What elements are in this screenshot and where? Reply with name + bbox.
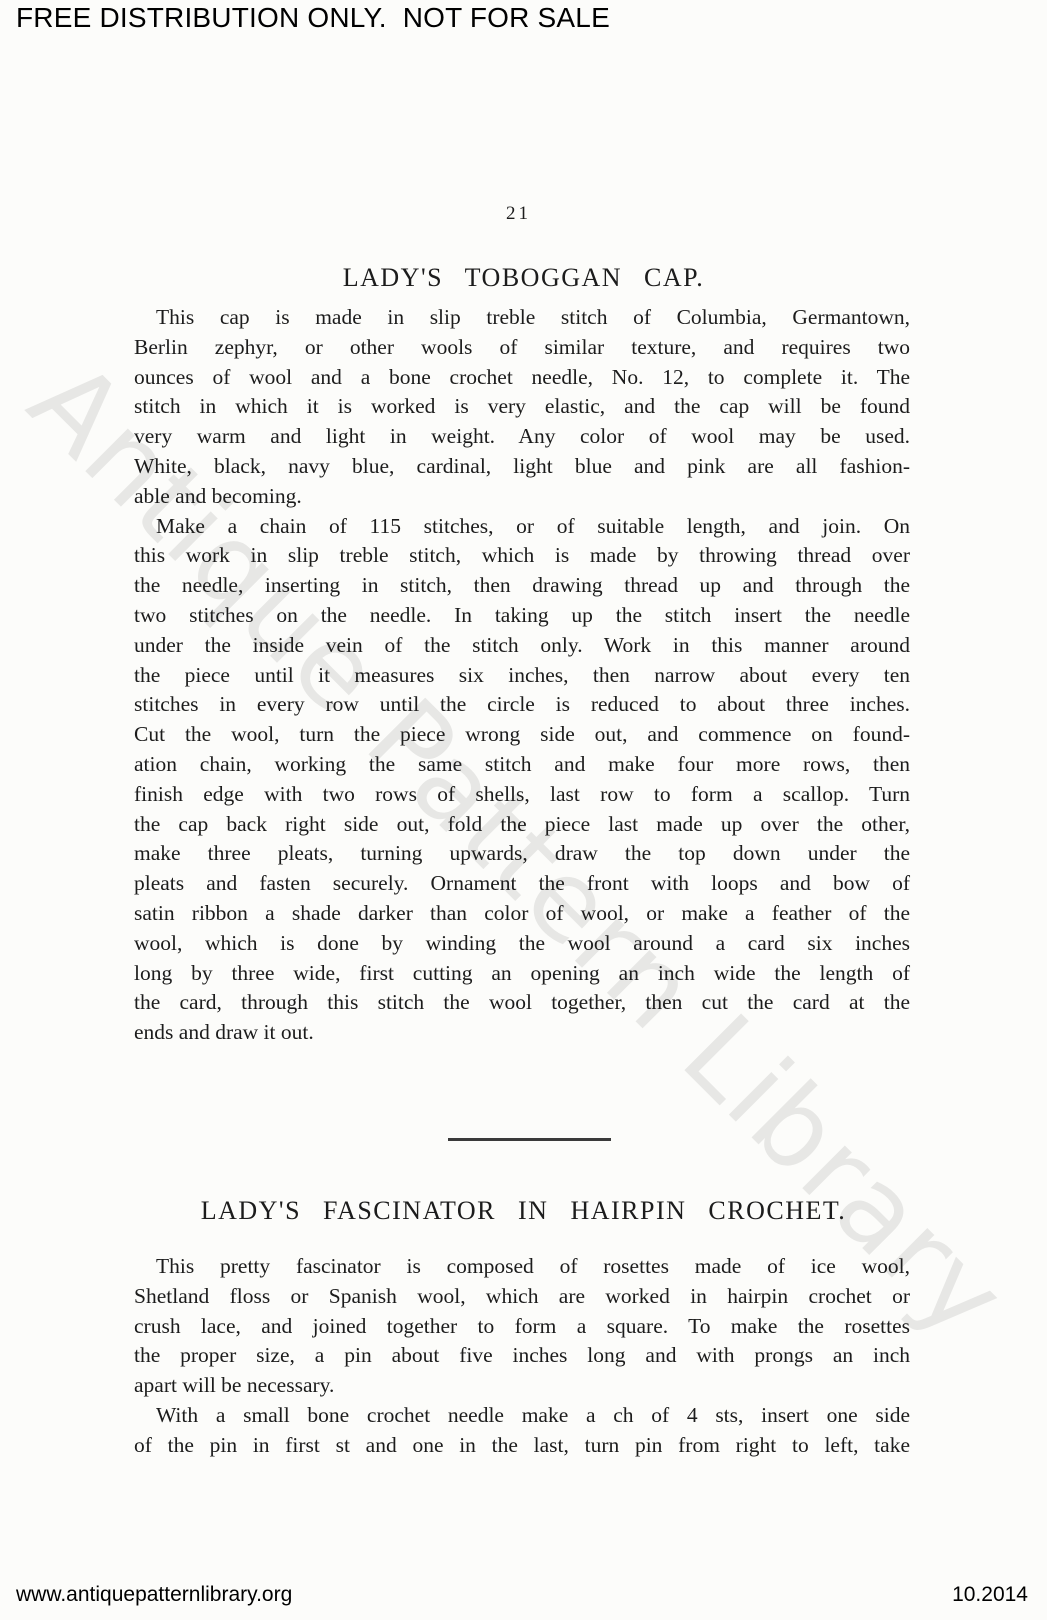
- text-line: satin ribbon a shade darker than color o…: [134, 899, 910, 929]
- text-line: White, black, navy blue, cardinal, light…: [134, 452, 910, 482]
- section-divider-rule: [448, 1138, 611, 1141]
- paragraph: Make a chain of 115 stitches, or of suit…: [134, 512, 910, 1048]
- text-line: This cap is made in slip treble stitch o…: [134, 303, 910, 333]
- text-line: the proper size, a pin about five inches…: [134, 1341, 910, 1371]
- text-line: the piece until it measures six inches, …: [134, 661, 910, 691]
- text-line: Berlin zephyr, or other wools of similar…: [134, 333, 910, 363]
- text-line: very warm and light in weight. Any color…: [134, 422, 910, 452]
- text-line: ation chain, working the same stitch and…: [134, 750, 910, 780]
- text-line: finish edge with two rows of shells, las…: [134, 780, 910, 810]
- paragraph: With a small bone crochet needle make a …: [134, 1401, 910, 1461]
- text-line: apart will be necessary.: [134, 1371, 910, 1401]
- text-line: pleats and fasten securely. Ornament the…: [134, 869, 910, 899]
- text-line: Shetland floss or Spanish wool, which ar…: [134, 1282, 910, 1312]
- text-line: of the pin in first st and one in the la…: [134, 1431, 910, 1461]
- section-heading-fascinator: LADY'S FASCINATOR IN HAIRPIN CROCHET.: [0, 1196, 1047, 1226]
- footer-date: 10.2014: [952, 1583, 1028, 1607]
- text-line: the cap back right side out, fold the pi…: [134, 810, 910, 840]
- page-content: FREE DISTRIBUTION ONLY. NOT FOR SALE 21 …: [0, 0, 1047, 1620]
- footer-site-url: www.antiquepatternlibrary.org: [16, 1583, 292, 1607]
- section-body-fascinator: This pretty fascinator is composed of ro…: [134, 1252, 910, 1461]
- paragraph: This cap is made in slip treble stitch o…: [134, 303, 910, 512]
- section-body-toboggan-cap: This cap is made in slip treble stitch o…: [134, 303, 910, 1048]
- paragraph: This pretty fascinator is composed of ro…: [134, 1252, 910, 1401]
- text-line: Make a chain of 115 stitches, or of suit…: [134, 512, 910, 542]
- text-line: With a small bone crochet needle make a …: [134, 1401, 910, 1431]
- text-line: make three pleats, turning upwards, draw…: [134, 839, 910, 869]
- text-line: two stitches on the needle. In taking up…: [134, 601, 910, 631]
- text-line: stitches in every row until the circle i…: [134, 690, 910, 720]
- text-line: crush lace, and joined together to form …: [134, 1312, 910, 1342]
- text-line: under the inside vein of the stitch only…: [134, 631, 910, 661]
- text-line: this work in slip treble stitch, which i…: [134, 541, 910, 571]
- text-line: ends and draw it out.: [134, 1018, 910, 1048]
- text-line: ounces of wool and a bone crochet needle…: [134, 363, 910, 393]
- text-line: the needle, inserting in stitch, then dr…: [134, 571, 910, 601]
- scanned-book-page: Antique Pattern Library FREE DISTRIBUTIO…: [0, 0, 1047, 1620]
- section-heading-toboggan-cap: LADY'S TOBOGGAN CAP.: [0, 263, 1047, 293]
- text-line: This pretty fascinator is composed of ro…: [134, 1252, 910, 1282]
- text-line: able and becoming.: [134, 482, 910, 512]
- text-line: the card, through this stitch the wool t…: [134, 988, 910, 1018]
- distribution-banner: FREE DISTRIBUTION ONLY. NOT FOR SALE: [16, 2, 610, 34]
- text-line: stitch in which it is worked is very ela…: [134, 392, 910, 422]
- text-line: long by three wide, first cutting an ope…: [134, 959, 910, 989]
- text-line: wool, which is done by winding the wool …: [134, 929, 910, 959]
- page-number: 21: [0, 203, 1037, 225]
- text-line: Cut the wool, turn the piece wrong side …: [134, 720, 910, 750]
